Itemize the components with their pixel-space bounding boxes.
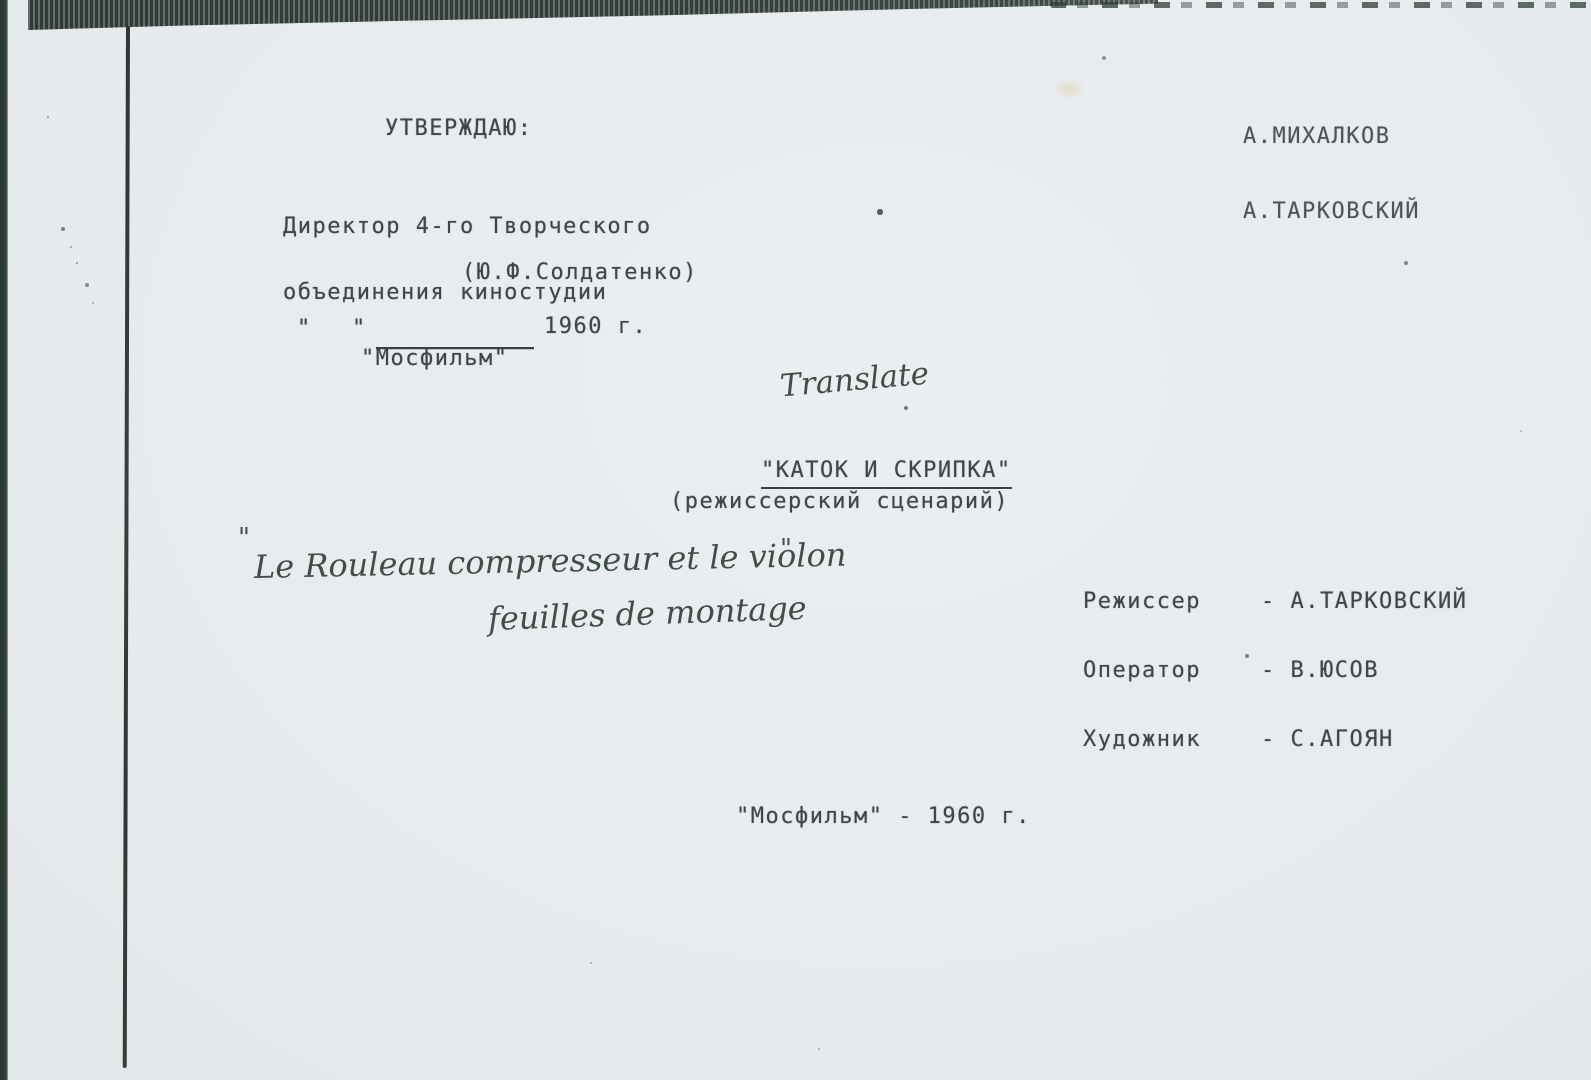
author-name-line: А.МИХАЛКОВ	[1243, 124, 1420, 149]
scan-left-edge-artifact	[0, 0, 8, 1080]
credit-name: - С.АГОЯН	[1261, 727, 1394, 752]
scan-speckles	[0, 0, 2, 2]
credit-row-director: Режиссер- А.ТАРКОВСКИЙ	[1083, 590, 1467, 613]
handwritten-french-subtitle: feuilles de montage	[487, 589, 807, 638]
org-line: объединения киностудии	[283, 282, 652, 304]
approval-organization-block: Директор 4-го Творческого объединения ки…	[283, 172, 652, 414]
french-open-quote: "	[238, 523, 250, 553]
vertical-fold-line	[123, 26, 130, 1068]
date-month-quote: "	[352, 318, 367, 340]
credit-role: Оператор	[1083, 659, 1261, 682]
approval-heading: УТВЕРЖДАЮ:	[385, 118, 532, 140]
credit-name: - А.ТАРКОВСКИЙ	[1261, 589, 1467, 614]
credits-list: Режиссер- А.ТАРКОВСКИЙ Оператор- В.ЮСОВ …	[1083, 544, 1467, 797]
film-title-text: "КАТОК И СКРИПКА"	[761, 460, 1012, 489]
signatory-name: (Ю.Ф.Солдатенко)	[462, 262, 698, 284]
credit-role: Художник	[1083, 728, 1261, 751]
studio-year-footer: "Мосфильм" - 1960 г.	[736, 806, 1031, 828]
scanned-document-page: А.МИХАЛКОВ А.ТАРКОВСКИЙ УТВЕРЖДАЮ: Дирек…	[0, 0, 1591, 1080]
author-name-line: А.ТАРКОВСКИЙ	[1243, 199, 1420, 224]
studio-name-line: "Мосфильм"	[283, 348, 652, 370]
org-line: Директор 4-го Творческого	[283, 216, 652, 238]
credit-name: - В.ЮСОВ	[1261, 658, 1379, 683]
handwritten-translate-note: Translate	[779, 356, 931, 405]
credit-role: Режиссер	[1083, 590, 1261, 613]
date-day-quote: "	[297, 318, 312, 340]
date-year: 1960 г.	[544, 316, 647, 338]
credit-row-production-designer: Художник- С.АГОЯН	[1083, 728, 1467, 751]
scan-top-edge-artifact	[28, 0, 1158, 30]
date-blank-underline	[376, 347, 534, 349]
author-names-block: А.МИХАЛКОВ А.ТАРКОВСКИЙ	[1243, 74, 1420, 274]
credit-row-cinematographer: Оператор- В.ЮСОВ	[1083, 659, 1467, 682]
paper-stain	[1052, 78, 1086, 100]
handwritten-french-title: Le Rouleau compresseur et le violon	[254, 536, 847, 586]
scan-top-edge-thin-line	[1050, 2, 1591, 8]
script-subtitle: (режиссерский сценарий)	[670, 491, 1009, 513]
french-close-quote: "	[780, 534, 792, 564]
